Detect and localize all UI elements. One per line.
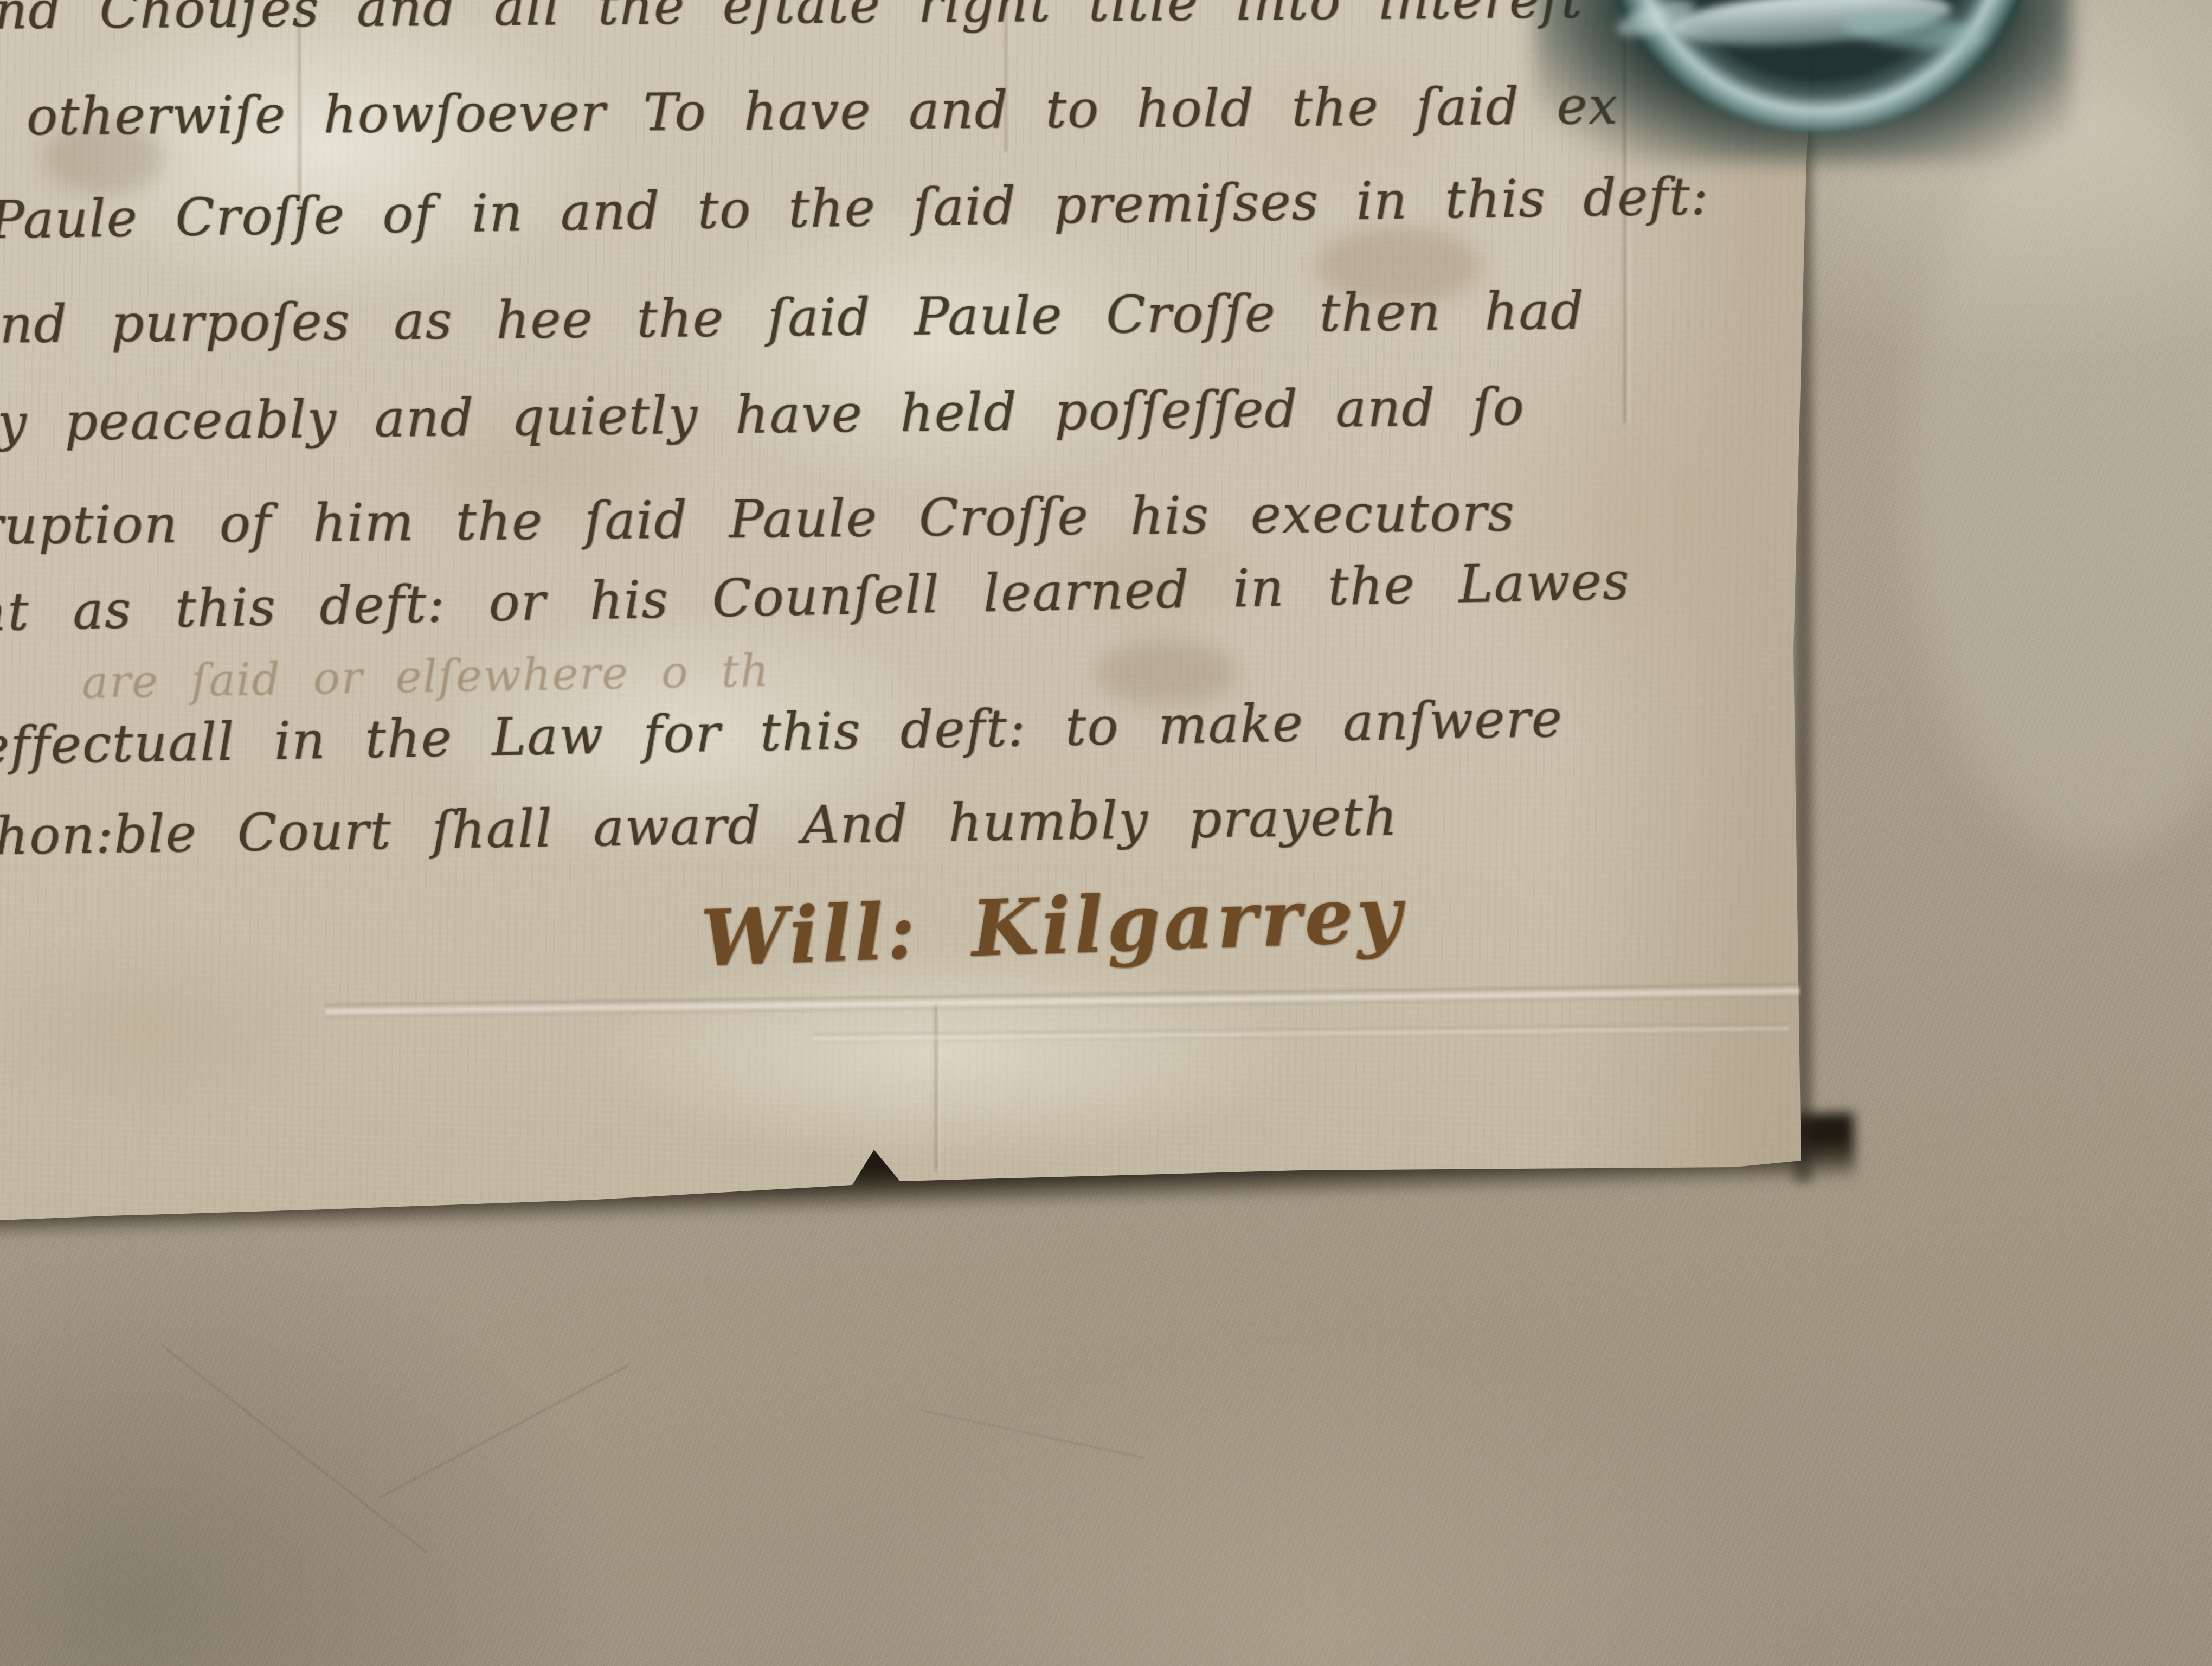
surface-scratch — [922, 1410, 1144, 1458]
surface-scratch — [162, 1345, 427, 1553]
table-sheen-highlight — [1908, 98, 2212, 857]
fold-crease-vertical — [934, 1003, 941, 1171]
surface-scratch — [380, 1364, 629, 1498]
manuscript-line: t otherwiſe howſoever To have and to hol… — [0, 76, 1619, 148]
photo-of-manuscript: and Chouſes and all the eſtate right tit… — [0, 0, 2212, 1666]
